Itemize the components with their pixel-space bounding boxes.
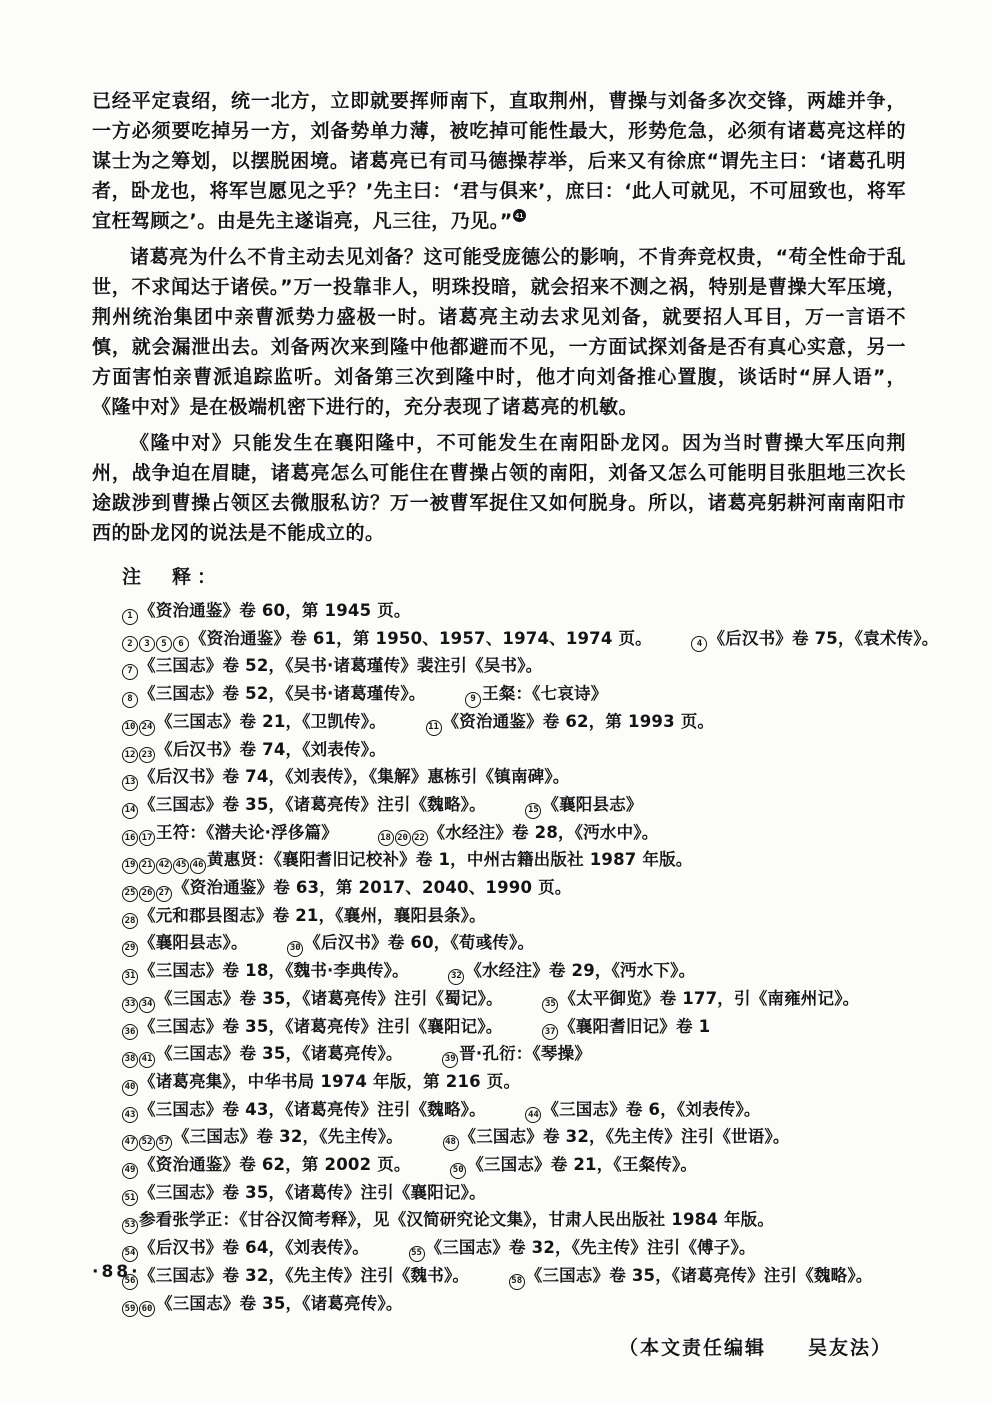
note-entry-text: 《水经注》卷 29，《沔水下》。 [465, 961, 695, 980]
note-entry-text: 《后汉书》卷 60，《荀彧传》。 [304, 933, 534, 952]
note-entry: 30《后汉书》卷 60，《荀彧传》。 [287, 933, 534, 952]
circled-note-number: 22 [412, 830, 428, 846]
note-entry: 49《资治通鉴》卷 62，第 2002 页。 [122, 1155, 411, 1174]
note-entry-text: 《三国志》卷 21，《王粲传》。 [467, 1155, 697, 1174]
note-entry: 35《太平御览》卷 177，引《南雍州记》。 [542, 989, 859, 1008]
circled-note-number: 52 [139, 1135, 155, 1151]
note-entry: 1《资治通鉴》卷 60，第 1945 页。 [122, 601, 411, 620]
circled-note-number: 58 [509, 1274, 525, 1290]
note-entry-text: 参看张学正：《甘谷汉简考释》，见《汉简研究论文集》，甘肃人民出版社 1984 年… [139, 1210, 774, 1229]
note-line: 3841《三国志》卷 35，《诸葛亮传》。39晋·孔衍：《琴操》 [122, 1040, 906, 1068]
article-body: 已经平定袁绍，统一北方，立即就要挥师南下，直取荆州，曹操与刘备多次交锋，两雄并争… [92, 86, 906, 548]
note-line: 3334《三国志》卷 35，《诸葛亮传》注引《蜀记》。35《太平御览》卷 177… [122, 985, 906, 1013]
circled-note-number: 30 [287, 941, 303, 957]
circled-note-number: 10 [122, 720, 138, 736]
note-line: 53参看张学正：《甘谷汉简考释》，见《汉简研究论文集》，甘肃人民出版社 1984… [122, 1206, 906, 1234]
circled-note-number: 41 [513, 209, 526, 222]
note-entry-text: 《三国志》卷 35，《诸葛亮传》注引《魏略》。 [526, 1266, 873, 1285]
note-entry: 51《三国志》卷 35，《诸葛传》注引《襄阳记》。 [122, 1183, 486, 1202]
note-line: 43《三国志》卷 43，《诸葛亮传》注引《魏略》。44《三国志》卷 6，《刘表传… [122, 1096, 906, 1124]
circled-note-number: 6 [173, 636, 189, 652]
note-entry-text: 《襄阳县志》 [542, 795, 642, 814]
note-entry-text: 《资治通鉴》卷 63，第 2017、2040、1990 页。 [173, 878, 571, 897]
note-entry: 15《襄阳县志》 [525, 795, 642, 814]
note-entry: 252627《资治通鉴》卷 63，第 2017、2040、1990 页。 [122, 878, 571, 897]
note-entry: 50《三国志》卷 21，《王粲传》。 [450, 1155, 697, 1174]
note-entry: 8《三国志》卷 52，《吴书·诸葛瑾传》。 [122, 684, 425, 703]
note-entry-text: 《三国志》卷 18，《魏书·李典传》。 [139, 961, 409, 980]
note-entry: 14《三国志》卷 35，《诸葛亮传》注引《魏略》。 [122, 795, 486, 814]
note-line: 40《诸葛亮集》，中华书局 1974 年版，第 216 页。 [122, 1068, 906, 1096]
circled-note-number: 53 [122, 1218, 138, 1234]
circled-note-number: 19 [122, 858, 138, 874]
note-entry: 28《元和郡县图志》卷 21，《襄州，襄阳县条》。 [122, 906, 486, 925]
note-line: 1921424546黄惠贤：《襄阳耆旧记校补》卷 1，中州古籍出版社 1987 … [122, 846, 906, 874]
note-entry: 55《三国志》卷 32，《先主传》注引《傅子》。 [409, 1238, 756, 1257]
note-line: 54《后汉书》卷 64，《刘表传》。55《三国志》卷 32，《先主传》注引《傅子… [122, 1234, 906, 1262]
circled-note-number: 9 [465, 692, 481, 708]
circled-note-number: 46 [190, 858, 206, 874]
circled-note-number: 48 [443, 1135, 459, 1151]
body-paragraph: 诸葛亮为什么不肯主动去见刘备？这可能受庞德公的影响，不肯奔竞权贵，“苟全性命于乱… [92, 242, 906, 422]
note-entry: 56《三国志》卷 32，《先主传》注引《魏书》。 [122, 1266, 469, 1285]
circled-note-number: 38 [122, 1052, 138, 1068]
circled-note-number: 28 [122, 913, 138, 929]
circled-note-number: 35 [542, 997, 558, 1013]
circled-note-number: 1 [122, 609, 138, 625]
note-line: 475257《三国志》卷 32，《先主传》。48《三国志》卷 32，《先主传》注… [122, 1123, 906, 1151]
note-line: 1223《后汉书》卷 74，《刘表传》。 [122, 736, 906, 764]
circled-note-number: 27 [156, 886, 172, 902]
note-entry: 36《三国志》卷 35，《诸葛亮传》注引《襄阳记》。 [122, 1017, 503, 1036]
circled-note-number: 8 [122, 692, 138, 708]
note-entry-text: 《后汉书》卷 74，《刘表传》。 [156, 740, 386, 759]
circled-note-number: 5 [156, 636, 172, 652]
circled-note-number: 16 [122, 830, 138, 846]
note-entry: 58《三国志》卷 35，《诸葛亮传》注引《魏略》。 [509, 1266, 873, 1285]
note-entry-text: 晋·孔衍：《琴操》 [459, 1044, 591, 1063]
note-entry-text: 《三国志》卷 35，《诸葛亮传》。 [156, 1044, 403, 1063]
note-entry: 13《后汉书》卷 74，《刘表传》，《集解》惠栋引《镇南碑》。 [122, 767, 570, 786]
note-entry-text: 《三国志》卷 32，《先主传》注引《魏书》。 [139, 1266, 469, 1285]
circled-note-number: 57 [156, 1135, 172, 1151]
circled-note-number: 60 [139, 1301, 155, 1317]
note-entry: 4《后汉书》卷 75，《袁术传》。 [691, 629, 938, 648]
note-entry: 53参看张学正：《甘谷汉简考释》，见《汉简研究论文集》，甘肃人民出版社 1984… [122, 1210, 774, 1229]
circled-note-number: 37 [542, 1024, 558, 1040]
note-line: 252627《资治通鉴》卷 63，第 2017、2040、1990 页。 [122, 874, 906, 902]
note-line: 8《三国志》卷 52，《吴书·诸葛瑾传》。9王粲：《七哀诗》 [122, 680, 906, 708]
note-entry: 2356《资治通鉴》卷 61，第 1950、1957、1974、1974 页。 [122, 629, 652, 648]
circled-note-number: 23 [139, 747, 155, 763]
note-entry-text: 《元和郡县图志》卷 21，《襄州，襄阳县条》。 [139, 906, 486, 925]
circled-note-number: 50 [450, 1163, 466, 1179]
circled-note-number: 17 [139, 830, 155, 846]
note-entry: 182022《水经注》卷 28，《沔水中》。 [378, 823, 659, 842]
note-entry-text: 《三国志》卷 52，《吴书·诸葛瑾传》裴注引《吴书》。 [139, 656, 542, 675]
note-entry: 31《三国志》卷 18，《魏书·李典传》。 [122, 961, 409, 980]
note-line: 14《三国志》卷 35，《诸葛亮传》注引《魏略》。15《襄阳县志》 [122, 791, 906, 819]
note-entry-text: 《后汉书》卷 75，《袁术传》。 [708, 629, 938, 648]
responsible-editor-line: （本文责任编辑 吴友法） [92, 1333, 906, 1360]
circled-note-number: 18 [378, 830, 394, 846]
page-number: ·88· [92, 1262, 141, 1282]
circled-note-number: 13 [122, 775, 138, 791]
circled-note-number: 29 [122, 941, 138, 957]
note-entry-text: 《水经注》卷 28，《沔水中》。 [429, 823, 659, 842]
circled-note-number: 26 [139, 886, 155, 902]
note-entry-text: 《三国志》卷 43，《诸葛亮传》注引《魏略》。 [139, 1100, 486, 1119]
notes-list: 1《资治通鉴》卷 60，第 1945 页。2356《资治通鉴》卷 61，第 19… [122, 597, 906, 1317]
note-entry-text: 王粲：《七哀诗》 [482, 684, 607, 703]
note-reference-marker: 41 [513, 213, 527, 223]
circled-note-number: 7 [122, 664, 138, 680]
body-paragraph: 已经平定袁绍，统一北方，立即就要挥师南下，直取荆州，曹操与刘备多次交锋，两雄并争… [92, 86, 906, 236]
note-entry-text: 《三国志》卷 32，《先主传》注引《世语》。 [460, 1127, 790, 1146]
note-entry: 1024《三国志》卷 21，《卫凯传》。 [122, 712, 386, 731]
circled-note-number: 21 [139, 858, 155, 874]
note-entry: 43《三国志》卷 43，《诸葛亮传》注引《魏略》。 [122, 1100, 486, 1119]
note-entry-text: 《三国志》卷 32，《先主传》注引《傅子》。 [426, 1238, 756, 1257]
circled-note-number: 12 [122, 747, 138, 763]
circled-note-number: 51 [122, 1190, 138, 1206]
note-entry: 3334《三国志》卷 35，《诸葛亮传》注引《蜀记》。 [122, 989, 503, 1008]
note-line: 2356《资治通鉴》卷 61，第 1950、1957、1974、1974 页。4… [122, 625, 906, 653]
scanned-document-page: 已经平定袁绍，统一北方，立即就要挥师南下，直取荆州，曹操与刘备多次交锋，两雄并争… [0, 0, 992, 1403]
circled-note-number: 42 [156, 858, 172, 874]
note-entry: 9王粲：《七哀诗》 [465, 684, 607, 703]
circled-note-number: 11 [426, 720, 442, 736]
note-entry-text: 《三国志》卷 32，《先主传》。 [173, 1127, 403, 1146]
note-entry-text: 王符：《潜夫论·浮侈篇》 [156, 823, 338, 842]
note-entry: 1921424546黄惠贤：《襄阳耆旧记校补》卷 1，中州古籍出版社 1987 … [122, 850, 693, 869]
note-entry: 32《水经注》卷 29，《沔水下》。 [448, 961, 695, 980]
note-entry-text: 《三国志》卷 35，《诸葛亮传》注引《蜀记》。 [156, 989, 503, 1008]
circled-note-number: 54 [122, 1246, 138, 1262]
note-entry: 11《资治通鉴》卷 62，第 1993 页。 [426, 712, 715, 731]
note-line: 13《后汉书》卷 74，《刘表传》，《集解》惠栋引《镇南碑》。 [122, 763, 906, 791]
note-entry: 5960《三国志》卷 35，《诸葛亮传》。 [122, 1294, 403, 1313]
note-entry-text: 《三国志》卷 35，《诸葛亮传》。 [156, 1294, 403, 1313]
note-line: 49《资治通鉴》卷 62，第 2002 页。50《三国志》卷 21，《王粲传》。 [122, 1151, 906, 1179]
circled-note-number: 33 [122, 997, 138, 1013]
note-entry-text: 《三国志》卷 35，《诸葛传》注引《襄阳记》。 [139, 1183, 486, 1202]
circled-note-number: 25 [122, 886, 138, 902]
note-entry-text: 《三国志》卷 52，《吴书·诸葛瑾传》。 [139, 684, 425, 703]
note-line: 31《三国志》卷 18，《魏书·李典传》。32《水经注》卷 29，《沔水下》。 [122, 957, 906, 985]
circled-note-number: 39 [442, 1052, 458, 1068]
note-entry-text: 《诸葛亮集》，中华书局 1974 年版，第 216 页。 [139, 1072, 520, 1091]
note-entry-text: 《资治通鉴》卷 62，第 2002 页。 [139, 1155, 411, 1174]
note-entry-text: 《资治通鉴》卷 60，第 1945 页。 [139, 601, 411, 620]
note-entry-text: 黄惠贤：《襄阳耆旧记校补》卷 1，中州古籍出版社 1987 年版。 [207, 850, 693, 869]
note-line: 36《三国志》卷 35，《诸葛亮传》注引《襄阳记》。37《襄阳耆旧记》卷 1 [122, 1013, 906, 1041]
circled-note-number: 44 [525, 1107, 541, 1123]
circled-note-number: 49 [122, 1163, 138, 1179]
note-entry-text: 《三国志》卷 6，《刘表传》。 [542, 1100, 760, 1119]
circled-note-number: 47 [122, 1135, 138, 1151]
circled-note-number: 20 [395, 830, 411, 846]
note-entry: 7《三国志》卷 52，《吴书·诸葛瑾传》裴注引《吴书》。 [122, 656, 542, 675]
circled-note-number: 36 [122, 1024, 138, 1040]
note-entry: 44《三国志》卷 6，《刘表传》。 [525, 1100, 760, 1119]
circled-note-number: 32 [448, 969, 464, 985]
circled-note-number: 59 [122, 1301, 138, 1317]
note-entry: 475257《三国志》卷 32，《先主传》。 [122, 1127, 403, 1146]
note-line: 28《元和郡县图志》卷 21，《襄州，襄阳县条》。 [122, 902, 906, 930]
note-entry: 29《襄阳县志》。 [122, 933, 248, 952]
circled-note-number: 43 [122, 1107, 138, 1123]
circled-note-number: 31 [122, 969, 138, 985]
note-entry: 3841《三国志》卷 35，《诸葛亮传》。 [122, 1044, 403, 1063]
note-entry: 54《后汉书》卷 64，《刘表传》。 [122, 1238, 369, 1257]
body-paragraph: 《隆中对》只能发生在襄阳隆中，不可能发生在南阳卧龙冈。因为当时曹操大军压向荆州，… [92, 428, 906, 548]
circled-note-number: 3 [139, 636, 155, 652]
circled-note-number: 2 [122, 636, 138, 652]
note-line: 51《三国志》卷 35，《诸葛传》注引《襄阳记》。 [122, 1179, 906, 1207]
notes-heading: 注 释： [122, 562, 906, 589]
note-entry: 37《襄阳耆旧记》卷 1 [542, 1017, 710, 1036]
note-line: 29《襄阳县志》。30《后汉书》卷 60，《荀彧传》。 [122, 929, 906, 957]
note-entry-text: 《襄阳耆旧记》卷 1 [559, 1017, 710, 1036]
note-entry-text: 《三国志》卷 35，《诸葛亮传》注引《襄阳记》。 [139, 1017, 503, 1036]
note-entry: 1617王符：《潜夫论·浮侈篇》 [122, 823, 338, 842]
note-entry: 39晋·孔衍：《琴操》 [442, 1044, 591, 1063]
note-line: 7《三国志》卷 52，《吴书·诸葛瑾传》裴注引《吴书》。 [122, 652, 906, 680]
circled-note-number: 40 [122, 1080, 138, 1096]
note-entry-text: 《三国志》卷 35，《诸葛亮传》注引《魏略》。 [139, 795, 486, 814]
circled-note-number: 14 [122, 803, 138, 819]
note-entry-text: 《后汉书》卷 64，《刘表传》。 [139, 1238, 369, 1257]
circled-note-number: 24 [139, 720, 155, 736]
note-line: 1《资治通鉴》卷 60，第 1945 页。 [122, 597, 906, 625]
note-line: 1617王符：《潜夫论·浮侈篇》182022《水经注》卷 28，《沔水中》。 [122, 819, 906, 847]
circled-note-number: 34 [139, 997, 155, 1013]
circled-note-number: 41 [139, 1052, 155, 1068]
note-entry-text: 《太平御览》卷 177，引《南雍州记》。 [559, 989, 859, 1008]
note-entry-text: 《资治通鉴》卷 61，第 1950、1957、1974、1974 页。 [190, 629, 652, 648]
note-entry: 40《诸葛亮集》，中华书局 1974 年版，第 216 页。 [122, 1072, 520, 1091]
circled-note-number: 15 [525, 803, 541, 819]
circled-note-number: 4 [691, 636, 707, 652]
note-entry: 48《三国志》卷 32，《先主传》注引《世语》。 [443, 1127, 790, 1146]
note-entry-text: 《资治通鉴》卷 62，第 1993 页。 [443, 712, 715, 731]
note-entry-text: 《三国志》卷 21，《卫凯传》。 [156, 712, 386, 731]
note-entry: 1223《后汉书》卷 74，《刘表传》。 [122, 740, 386, 759]
note-entry-text: 《后汉书》卷 74，《刘表传》，《集解》惠栋引《镇南碑》。 [139, 767, 570, 786]
circled-note-number: 45 [173, 858, 189, 874]
note-entry-text: 《襄阳县志》。 [139, 933, 248, 952]
note-line: 56《三国志》卷 32，《先主传》注引《魏书》。58《三国志》卷 35，《诸葛亮… [122, 1262, 906, 1290]
note-line: 1024《三国志》卷 21，《卫凯传》。11《资治通鉴》卷 62，第 1993 … [122, 708, 906, 736]
circled-note-number: 55 [409, 1246, 425, 1262]
